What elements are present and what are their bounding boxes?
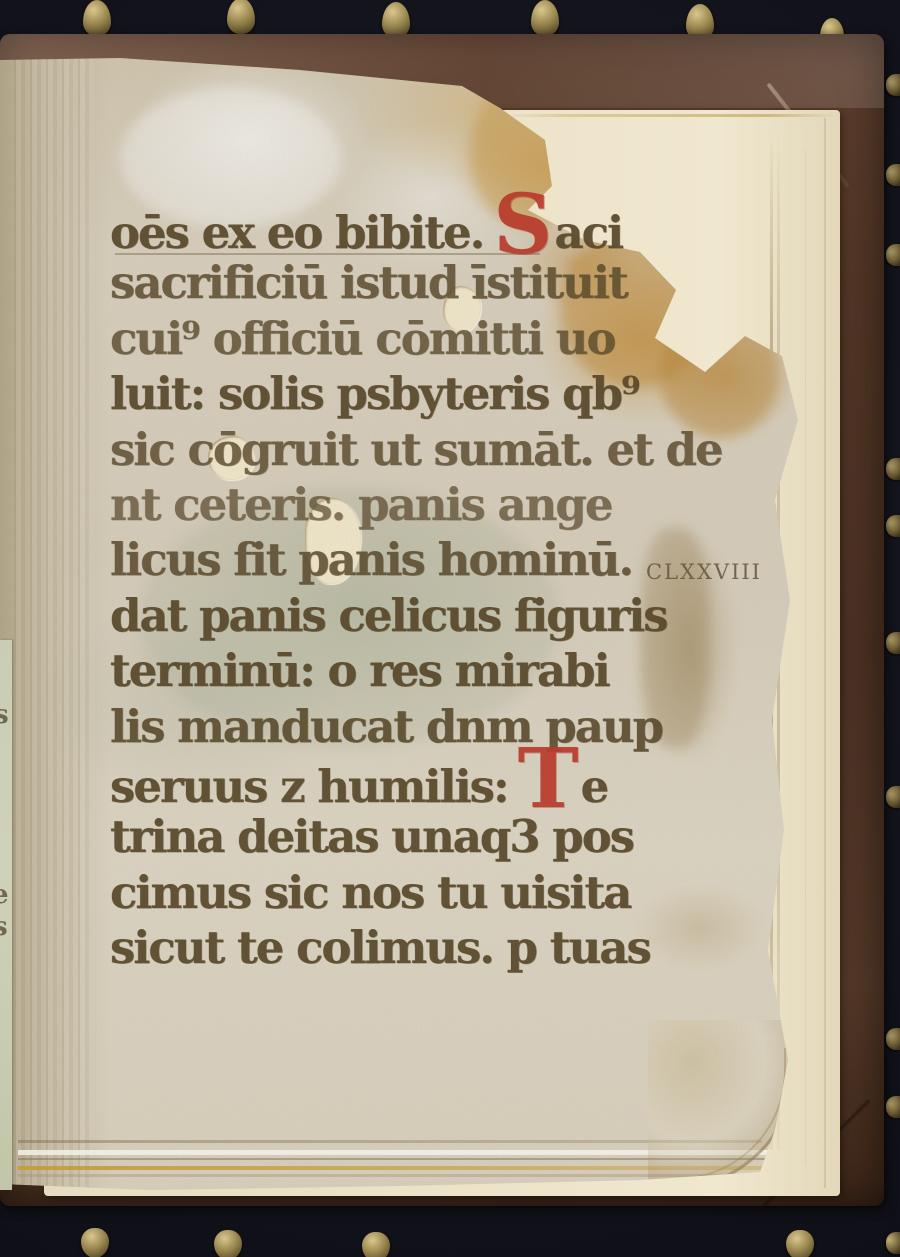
clasp-fitting-icon bbox=[886, 164, 900, 186]
brass-boss-icon bbox=[362, 1232, 390, 1257]
text-segment: oēs ex eo bibite. bbox=[110, 206, 483, 259]
brass-boss-icon bbox=[81, 1228, 109, 1257]
manuscript-line: sic cōgruit ut sumāt. et de bbox=[110, 422, 670, 477]
folio-number: CLXXVIII bbox=[646, 560, 762, 584]
manuscript-line: trina deitas unaq3 pos bbox=[110, 809, 670, 864]
text-segment: aci bbox=[555, 206, 623, 259]
clasp-fitting-icon bbox=[886, 74, 900, 96]
text-segment: licus fit panis hominū. bbox=[110, 533, 632, 586]
manuscript-line: dat panis celicus figuris bbox=[110, 588, 670, 643]
brass-boss-icon bbox=[214, 1230, 242, 1257]
manuscript-line: licus fit panis hominū. bbox=[110, 532, 670, 587]
text-segment: luit: solis psbyteris qb⁹ bbox=[110, 367, 639, 420]
text-segment: sicut te colimus. p tuas bbox=[110, 921, 650, 974]
manuscript-line: cui⁹ officiū cōmitti uo bbox=[110, 311, 670, 366]
text-segment: cimus sic nos tu uisita bbox=[110, 866, 630, 919]
brass-boss-icon bbox=[786, 1230, 814, 1257]
brass-boss-icon bbox=[382, 2, 410, 38]
clasp-fitting-icon bbox=[886, 1232, 900, 1254]
manuscript-line: seruus z humilis:Te bbox=[110, 754, 670, 809]
clasp-fitting-icon bbox=[886, 632, 900, 654]
manuscript-line: cimus sic nos tu uisita bbox=[110, 865, 670, 920]
text-segment: terminū: o res mirabi bbox=[110, 644, 609, 697]
fold-line bbox=[18, 1174, 758, 1177]
text-segment: e bbox=[581, 760, 608, 813]
clasp-fitting-icon bbox=[886, 515, 900, 537]
text-segment: nt ceteris. panis ange bbox=[110, 478, 612, 531]
bleed-through-mark: s bbox=[0, 700, 9, 730]
book-photograph: s e s oēs ex eo bibite.Sacisacrificiū is… bbox=[0, 0, 900, 1257]
manuscript-line: lis manducat dnm paup bbox=[110, 699, 670, 754]
clasp-fitting-icon bbox=[886, 1096, 900, 1118]
text-segment: lis manducat dnm paup bbox=[110, 700, 662, 753]
manuscript-line: sicut te colimus. p tuas bbox=[110, 920, 670, 975]
text-segment: seruus z humilis: bbox=[110, 760, 508, 813]
clasp-fitting-icon bbox=[886, 244, 900, 266]
text-segment: sic cōgruit ut sumāt. et de bbox=[110, 423, 722, 476]
manuscript-line: luit: solis psbyteris qb⁹ bbox=[110, 366, 670, 421]
manuscript-line: nt ceteris. panis ange bbox=[110, 477, 670, 532]
text-block: oēs ex eo bibite.Sacisacrificiū istud īs… bbox=[110, 200, 670, 975]
gilt-page-edge bbox=[500, 114, 838, 117]
brass-boss-icon bbox=[83, 0, 111, 36]
text-segment: cui⁹ officiū cōmitti uo bbox=[110, 312, 614, 365]
manuscript-line: oēs ex eo bibite.Saci bbox=[110, 200, 670, 255]
bleed-through-mark: e bbox=[0, 880, 9, 910]
clasp-fitting-icon bbox=[886, 786, 900, 808]
text-segment: dat panis celicus figuris bbox=[110, 589, 667, 642]
brass-boss-icon bbox=[227, 0, 255, 34]
brass-boss-icon bbox=[531, 0, 559, 36]
bleed-through-mark: s bbox=[0, 912, 8, 942]
manuscript-line: terminū: o res mirabi bbox=[110, 643, 670, 698]
text-segment: sacrificiū istud īstituit bbox=[110, 256, 627, 309]
clasp-fitting-icon bbox=[886, 1028, 900, 1050]
clasp-fitting-icon bbox=[886, 458, 900, 480]
text-segment: trina deitas unaq3 pos bbox=[110, 810, 633, 863]
manuscript-line: sacrificiū istud īstituit bbox=[110, 255, 670, 310]
